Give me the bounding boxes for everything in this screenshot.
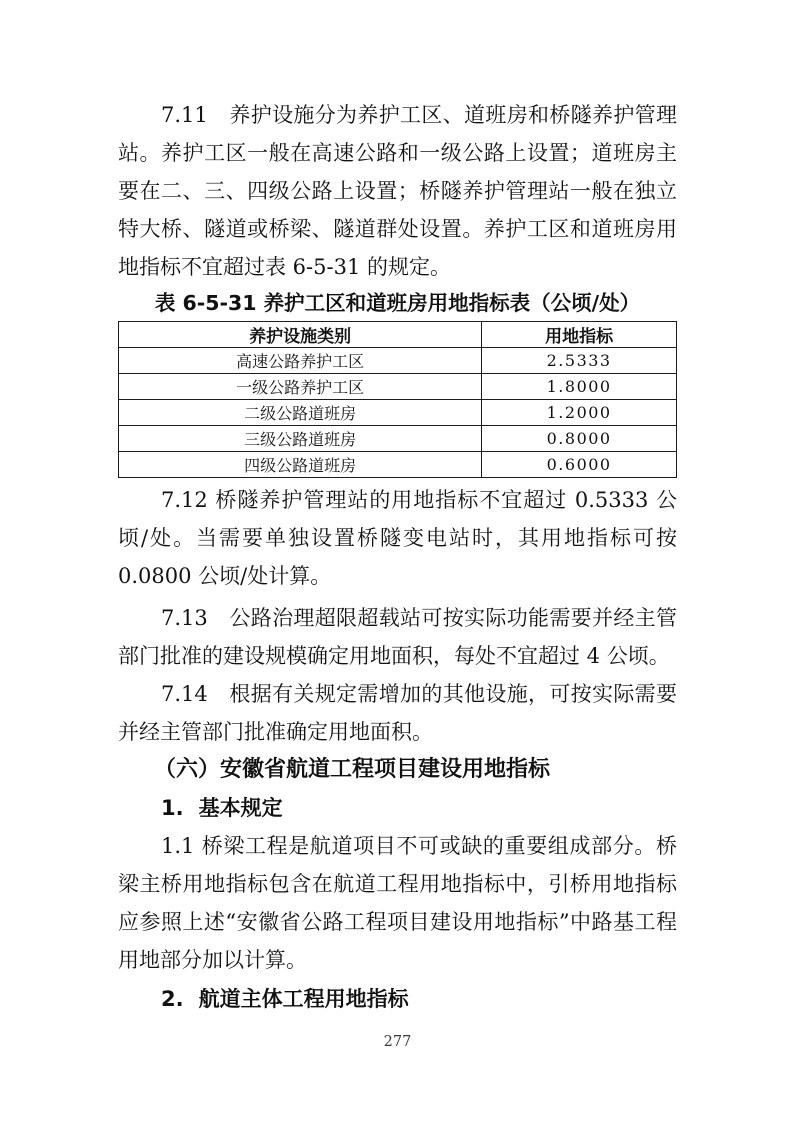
indicator-value-cell: 0.8000 [482, 426, 677, 452]
paragraph-7-11: 7.11 养护设施分为养护工区、道班房和桥隧养护管理站。养护工区一般在高速公路和… [118, 96, 677, 286]
heading-text: 基本规定 [199, 796, 283, 820]
paragraph-7-12: 7.12 桥隧养护管理站的用地指标不宜超过 0.5333 公顷/处。当需要单独设… [118, 481, 677, 595]
table-caption: 表 6-5-31 养护工区和道班房用地指标表（公顷/处） [118, 288, 677, 318]
paragraph-7-13: 7.13 公路治理超限超载站可按实际功能需要并经主管部门批准的建设规模确定用地面… [118, 599, 677, 675]
facility-category-cell: 一级公路养护工区 [119, 374, 482, 400]
paragraph-7-14: 7.14 根据有关规定需增加的其他设施，可按实际需要并经主管部门批准确定用地面积… [118, 675, 677, 751]
table-header-row: 养护设施类别 用地指标 [119, 322, 677, 348]
land-use-indicator-table: 养护设施类别 用地指标 高速公路养护工区 2.5333 一级公路养护工区 1.8… [118, 321, 677, 478]
indicator-value-cell: 0.6000 [482, 452, 677, 478]
heading-number: 1. [161, 796, 184, 820]
facility-category-cell: 二级公路道班房 [119, 400, 482, 426]
heading-2-waterway-main-works: 2.航道主体工程用地指标 [118, 980, 677, 1018]
document-page: 7.11 养护设施分为养护工区、道班房和桥隧养护管理站。养护工区一般在高速公路和… [0, 0, 794, 1122]
paragraph-1-1: 1.1 桥梁工程是航道项目不可或缺的重要组成部分。桥梁主桥用地指标包含在航道工程… [118, 827, 677, 979]
indicator-value-cell: 1.2000 [482, 400, 677, 426]
facility-category-cell: 高速公路养护工区 [119, 348, 482, 374]
table-row: 二级公路道班房 1.2000 [119, 400, 677, 426]
table-row: 高速公路养护工区 2.5333 [119, 348, 677, 374]
heading-number: 2. [161, 987, 184, 1011]
heading-1-basic-rules: 1.基本规定 [118, 789, 677, 827]
table-row: 一级公路养护工区 1.8000 [119, 374, 677, 400]
header-facility-category: 养护设施类别 [119, 322, 482, 348]
heading-text: 航道主体工程用地指标 [199, 987, 409, 1011]
table-row: 三级公路道班房 0.8000 [119, 426, 677, 452]
table-row: 四级公路道班房 0.6000 [119, 452, 677, 478]
facility-category-cell: 三级公路道班房 [119, 426, 482, 452]
facility-category-cell: 四级公路道班房 [119, 452, 482, 478]
indicator-value-cell: 2.5333 [482, 348, 677, 374]
section-6-heading: （六）安徽省航道工程项目建设用地指标 [118, 751, 677, 789]
page-number: 277 [118, 1032, 677, 1052]
indicator-value-cell: 1.8000 [482, 374, 677, 400]
header-land-use-indicator: 用地指标 [482, 322, 677, 348]
